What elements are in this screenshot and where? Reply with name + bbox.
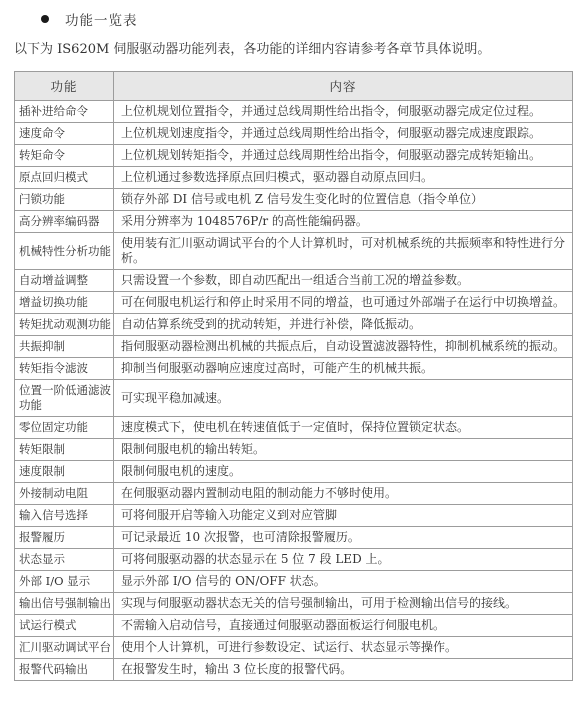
section-title-row: 功能一览表 (41, 9, 586, 29)
table-row: 高分辨率编码器采用分辨率为 1048576P/r 的高性能编码器。 (15, 211, 573, 233)
table-row: 闩锁功能锁存外部 DI 信号或电机 Z 信号发生变化时的位置信息（指令单位） (15, 189, 573, 211)
function-name-cell: 报警履历 (15, 527, 114, 549)
table-row: 插补进给命令上位机规划位置指令，并通过总线周期性给出指令，伺服驱动器完成定位过程… (15, 101, 573, 123)
table-row: 自动增益调整只需设置一个参数，即自动匹配出一组适合当前工况的增益参数。 (15, 270, 573, 292)
function-name-cell: 高分辨率编码器 (15, 211, 114, 233)
table-row: 机械特性分析功能使用装有汇川驱动调试平台的个人计算机时，可对机械系统的共振频率和… (15, 233, 573, 270)
function-table-body: 插补进给命令上位机规划位置指令，并通过总线周期性给出指令，伺服驱动器完成定位过程… (15, 101, 573, 681)
function-desc-cell: 可记录最近 10 次报警，也可清除报警履历。 (114, 527, 573, 549)
function-desc-cell: 采用分辨率为 1048576P/r 的高性能编码器。 (114, 211, 573, 233)
table-row: 原点回归模式上位机通过参数选择原点回归模式，驱动器自动原点回归。 (15, 167, 573, 189)
function-desc-cell: 只需设置一个参数，即自动匹配出一组适合当前工况的增益参数。 (114, 270, 573, 292)
table-row: 状态显示可将伺服驱动器的状态显示在 5 位 7 段 LED 上。 (15, 549, 573, 571)
table-header-row: 功能 内容 (15, 72, 573, 101)
function-name-cell: 速度限制 (15, 461, 114, 483)
function-desc-cell: 抑制当伺服驱动器响应速度过高时，可能产生的机械共振。 (114, 358, 573, 380)
function-name-cell: 状态显示 (15, 549, 114, 571)
table-row: 速度限制限制伺服电机的速度。 (15, 461, 573, 483)
column-header-function: 功能 (15, 72, 114, 101)
function-desc-cell: 上位机规划位置指令，并通过总线周期性给出指令，伺服驱动器完成定位过程。 (114, 101, 573, 123)
function-name-cell: 共振抑制 (15, 336, 114, 358)
table-row: 共振抑制指伺服驱动器检测出机械的共振点后，自动设置滤波器特性，抑制机械系统的振动… (15, 336, 573, 358)
function-desc-cell: 速度模式下，使电机在转速值低于一定值时，保持位置锁定状态。 (114, 417, 573, 439)
function-desc-cell: 可将伺服开启等输入功能定义到对应管脚 (114, 505, 573, 527)
function-name-cell: 输入信号选择 (15, 505, 114, 527)
function-desc-cell: 在报警发生时，输出 3 位长度的报警代码。 (114, 659, 573, 681)
function-name-cell: 自动增益调整 (15, 270, 114, 292)
table-row: 外接制动电阻在伺服驱动器内置制动电阻的制动能力不够时使用。 (15, 483, 573, 505)
function-name-cell: 零位固定功能 (15, 417, 114, 439)
page-title: 功能一览表 (65, 9, 138, 29)
function-desc-cell: 在伺服驱动器内置制动电阻的制动能力不够时使用。 (114, 483, 573, 505)
function-desc-cell: 上位机规划转矩指令，并通过总线周期性给出指令，伺服驱动器完成转矩输出。 (114, 145, 573, 167)
function-desc-cell: 可实现平稳加减速。 (114, 380, 573, 417)
function-desc-cell: 自动估算系统受到的扰动转矩，并进行补偿，降低振动。 (114, 314, 573, 336)
function-desc-cell: 可在伺服电机运行和停止时采用不同的增益，也可通过外部端子在运行中切换增益。 (114, 292, 573, 314)
table-row: 位置一阶低通滤波功能可实现平稳加减速。 (15, 380, 573, 417)
function-name-cell: 外部 I/O 显示 (15, 571, 114, 593)
function-desc-cell: 限制伺服电机的输出转矩。 (114, 439, 573, 461)
function-name-cell: 报警代码输出 (15, 659, 114, 681)
table-row: 转矩限制限制伺服电机的输出转矩。 (15, 439, 573, 461)
function-desc-cell: 使用装有汇川驱动调试平台的个人计算机时，可对机械系统的共振频率和特性进行分析。 (114, 233, 573, 270)
function-name-cell: 转矩限制 (15, 439, 114, 461)
function-name-cell: 机械特性分析功能 (15, 233, 114, 270)
function-desc-cell: 不需输入启动信号，直接通过伺服驱动器面板运行伺服电机。 (114, 615, 573, 637)
function-name-cell: 试运行模式 (15, 615, 114, 637)
function-desc-cell: 指伺服驱动器检测出机械的共振点后，自动设置滤波器特性，抑制机械系统的振动。 (114, 336, 573, 358)
function-desc-cell: 上位机规划速度指令，并通过总线周期性给出指令，伺服驱动器完成速度跟踪。 (114, 123, 573, 145)
table-row: 输入信号选择可将伺服开启等输入功能定义到对应管脚 (15, 505, 573, 527)
function-name-cell: 位置一阶低通滤波功能 (15, 380, 114, 417)
table-row: 增益切换功能可在伺服电机运行和停止时采用不同的增益，也可通过外部端子在运行中切换… (15, 292, 573, 314)
function-desc-cell: 实现与伺服驱动器状态无关的信号强制输出，可用于检测输出信号的接线。 (114, 593, 573, 615)
table-row: 输出信号强制输出实现与伺服驱动器状态无关的信号强制输出，可用于检测输出信号的接线… (15, 593, 573, 615)
table-row: 试运行模式不需输入启动信号，直接通过伺服驱动器面板运行伺服电机。 (15, 615, 573, 637)
function-name-cell: 转矩扰动观测功能 (15, 314, 114, 336)
function-name-cell: 插补进给命令 (15, 101, 114, 123)
function-desc-cell: 可将伺服驱动器的状态显示在 5 位 7 段 LED 上。 (114, 549, 573, 571)
bullet-icon (41, 15, 49, 23)
table-row: 速度命令上位机规划速度指令，并通过总线周期性给出指令，伺服驱动器完成速度跟踪。 (15, 123, 573, 145)
function-name-cell: 闩锁功能 (15, 189, 114, 211)
intro-text: 以下为 IS620M 伺服驱动器功能列表，各功能的详细内容请参考各章节具体说明。 (14, 42, 586, 57)
function-name-cell: 速度命令 (15, 123, 114, 145)
function-desc-cell: 显示外部 I/O 信号的 ON/OFF 状态。 (114, 571, 573, 593)
function-name-cell: 输出信号强制输出 (15, 593, 114, 615)
table-row: 汇川驱动调试平台使用个人计算机，可进行参数设定、试运行、状态显示等操作。 (15, 637, 573, 659)
table-row: 零位固定功能速度模式下，使电机在转速值低于一定值时，保持位置锁定状态。 (15, 417, 573, 439)
function-desc-cell: 锁存外部 DI 信号或电机 Z 信号发生变化时的位置信息（指令单位） (114, 189, 573, 211)
table-row: 转矩扰动观测功能自动估算系统受到的扰动转矩，并进行补偿，降低振动。 (15, 314, 573, 336)
function-name-cell: 原点回归模式 (15, 167, 114, 189)
function-desc-cell: 使用个人计算机，可进行参数设定、试运行、状态显示等操作。 (114, 637, 573, 659)
table-row: 转矩指令滤波抑制当伺服驱动器响应速度过高时，可能产生的机械共振。 (15, 358, 573, 380)
function-name-cell: 汇川驱动调试平台 (15, 637, 114, 659)
function-name-cell: 转矩命令 (15, 145, 114, 167)
function-name-cell: 增益切换功能 (15, 292, 114, 314)
table-row: 报警代码输出在报警发生时，输出 3 位长度的报警代码。 (15, 659, 573, 681)
table-row: 外部 I/O 显示显示外部 I/O 信号的 ON/OFF 状态。 (15, 571, 573, 593)
function-name-cell: 外接制动电阻 (15, 483, 114, 505)
function-desc-cell: 限制伺服电机的速度。 (114, 461, 573, 483)
function-table: 功能 内容 插补进给命令上位机规划位置指令，并通过总线周期性给出指令，伺服驱动器… (14, 71, 573, 681)
function-desc-cell: 上位机通过参数选择原点回归模式，驱动器自动原点回归。 (114, 167, 573, 189)
function-name-cell: 转矩指令滤波 (15, 358, 114, 380)
column-header-content: 内容 (114, 72, 573, 101)
table-row: 报警履历可记录最近 10 次报警，也可清除报警履历。 (15, 527, 573, 549)
table-row: 转矩命令上位机规划转矩指令，并通过总线周期性给出指令，伺服驱动器完成转矩输出。 (15, 145, 573, 167)
